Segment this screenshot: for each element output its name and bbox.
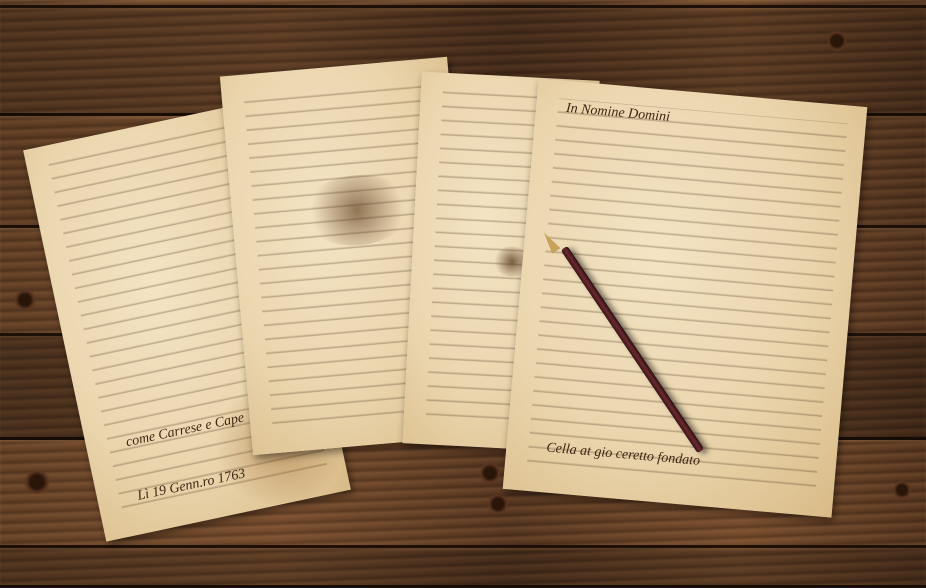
wood-knot [828,28,846,54]
wood-knot [488,492,508,516]
manuscript-page-right: In Nomine Domini Cella at gio ceretto fo… [503,78,868,517]
wood-plank [0,548,926,588]
wood-knot [892,480,912,500]
wood-knot [12,290,38,310]
wood-plank [0,0,926,8]
wood-knot [22,470,52,494]
wood-knot [478,462,502,484]
